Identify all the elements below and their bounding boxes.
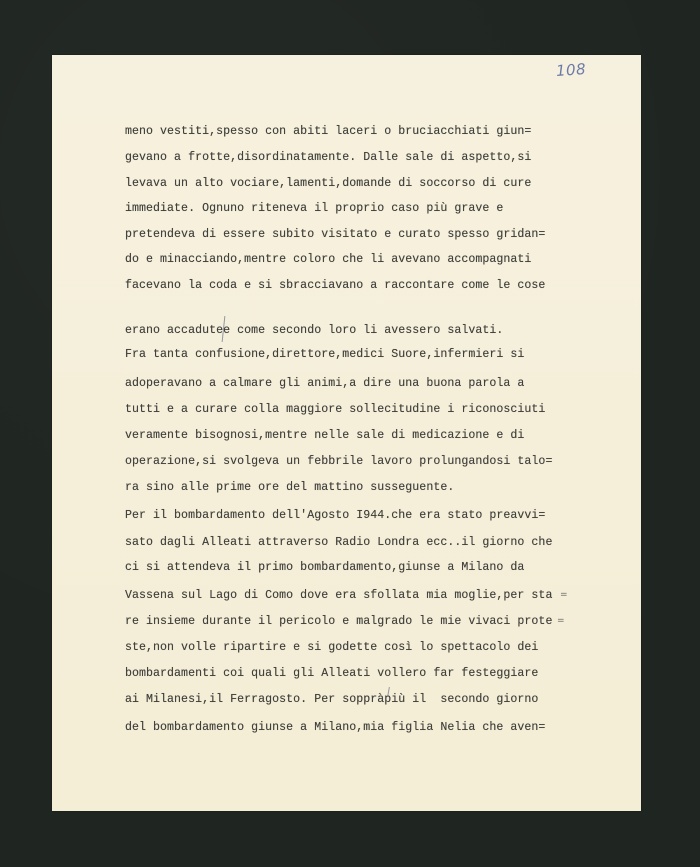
margin-hyphen-mark: =: [560, 590, 568, 600]
text-line: Per il bombardamento dell'Agosto I944.ch…: [125, 509, 545, 523]
text-line: do e minacciando,mentre coloro che li av…: [125, 253, 531, 267]
text-line: gevano a frotte,disordinatamente. Dalle …: [125, 151, 531, 165]
text-line: immediate. Ognuno riteneva il proprio ca…: [125, 202, 503, 216]
text-line: adoperavano a calmare gli animi,a dire u…: [125, 377, 524, 391]
text-line: operazione,si svolgeva un febbrile lavor…: [125, 455, 552, 469]
text-line: ste,non volle ripartire e si godette cos…: [125, 641, 538, 655]
text-line: facevano la coda e si sbracciavano a rac…: [125, 279, 545, 293]
text-line: veramente bisognosi,mentre nelle sale di…: [125, 429, 524, 443]
text-line: bombardamenti coi quali gli Alleati voll…: [125, 667, 538, 681]
text-line: Vassena sul Lago di Como dove era sfolla…: [125, 589, 552, 603]
margin-hyphen-mark: =: [557, 616, 565, 626]
text-line: re insieme durante il pericolo e malgrad…: [125, 615, 552, 629]
text-line: tutti e a curare colla maggiore sollecit…: [125, 403, 545, 417]
text-line: del bombardamento giunse a Milano,mia fi…: [125, 721, 545, 735]
text-line: erano accadutee come secondo loro li ave…: [125, 324, 503, 338]
text-line: ra sino alle prime ore del mattino susse…: [125, 481, 454, 495]
handwritten-page-number: 108: [555, 60, 586, 80]
text-line: ci si attendeva il primo bombardamento,g…: [125, 561, 524, 575]
text-line: ai Milanesi,il Ferragosto. Per soppràpiù…: [125, 693, 538, 707]
text-line: meno vestiti,spesso con abiti laceri o b…: [125, 125, 531, 139]
text-line: levava un alto vociare,lamenti,domande d…: [125, 177, 531, 191]
text-line: sato dagli Alleati attraverso Radio Lond…: [125, 536, 552, 550]
text-line: Fra tanta confusione,direttore,medici Su…: [125, 348, 524, 362]
text-line: pretendeva di essere subito visitato e c…: [125, 228, 545, 242]
